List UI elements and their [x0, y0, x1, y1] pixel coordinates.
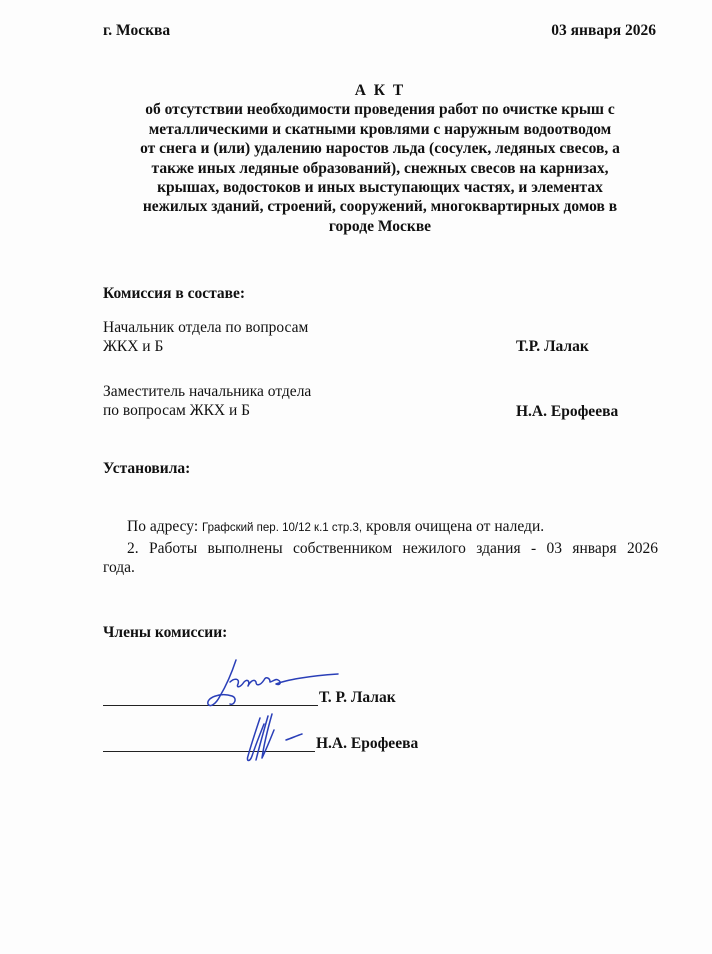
position-line: по вопросам ЖКХ и Б — [103, 402, 311, 421]
findings-heading: Установила: — [103, 460, 190, 478]
address-label: По адресу: — [127, 518, 198, 535]
title-line: городе Москве — [90, 217, 670, 236]
document-title: А К Т об отсутствии необходимости провед… — [90, 81, 670, 236]
finding-text: года. — [103, 559, 658, 578]
finding-item-1: По адресу: Графский пер. 10/12 к.1 стр.3… — [127, 518, 544, 538]
member-name-1: Т.Р. Лалак — [516, 338, 589, 356]
title-line: об отсутствии необходимости проведения р… — [90, 100, 670, 119]
title-line: металлическими и скатными кровлями с нар… — [90, 120, 670, 139]
signer-name-1: Т. Р. Лалак — [319, 689, 396, 707]
member-position-1: Начальник отдела по вопросам ЖКХ и Б — [103, 319, 308, 356]
position-line: Заместитель начальника отдела — [103, 383, 311, 402]
commission-heading: Комиссия в составе: — [103, 285, 245, 303]
finding-item-2: 2. Работы выполнены собственником нежило… — [103, 540, 658, 577]
member-position-2: Заместитель начальника отдела по вопроса… — [103, 383, 311, 420]
title-line: крышах, водостоков и иных выступающих ча… — [90, 178, 670, 197]
position-line: ЖКХ и Б — [103, 338, 308, 357]
signer-name-2: Н.А. Ерофеева — [316, 735, 418, 753]
position-line: Начальник отдела по вопросам — [103, 319, 308, 338]
title-line: нежилых зданий, строений, сооружений, мн… — [90, 197, 670, 216]
finding-text: кровля очищена от наледи. — [366, 518, 544, 535]
act-heading: А К Т — [90, 81, 670, 100]
signatures-heading: Члены комиссии: — [103, 624, 227, 642]
signature-erofeeva — [238, 712, 318, 764]
document-date: 03 января 2026 — [551, 22, 656, 40]
city-label: г. Москва — [103, 22, 170, 40]
signature-lalak — [190, 652, 340, 714]
title-line: также иных ледяные образований), снежных… — [90, 159, 670, 178]
finding-text: 2. Работы выполнены собственником нежило… — [103, 540, 658, 559]
member-name-2: Н.А. Ерофеева — [516, 403, 618, 421]
address-value: Графский пер. 10/12 к.1 стр.3, — [202, 522, 362, 534]
title-line: от снега и (или) удалению наростов льда … — [90, 139, 670, 158]
